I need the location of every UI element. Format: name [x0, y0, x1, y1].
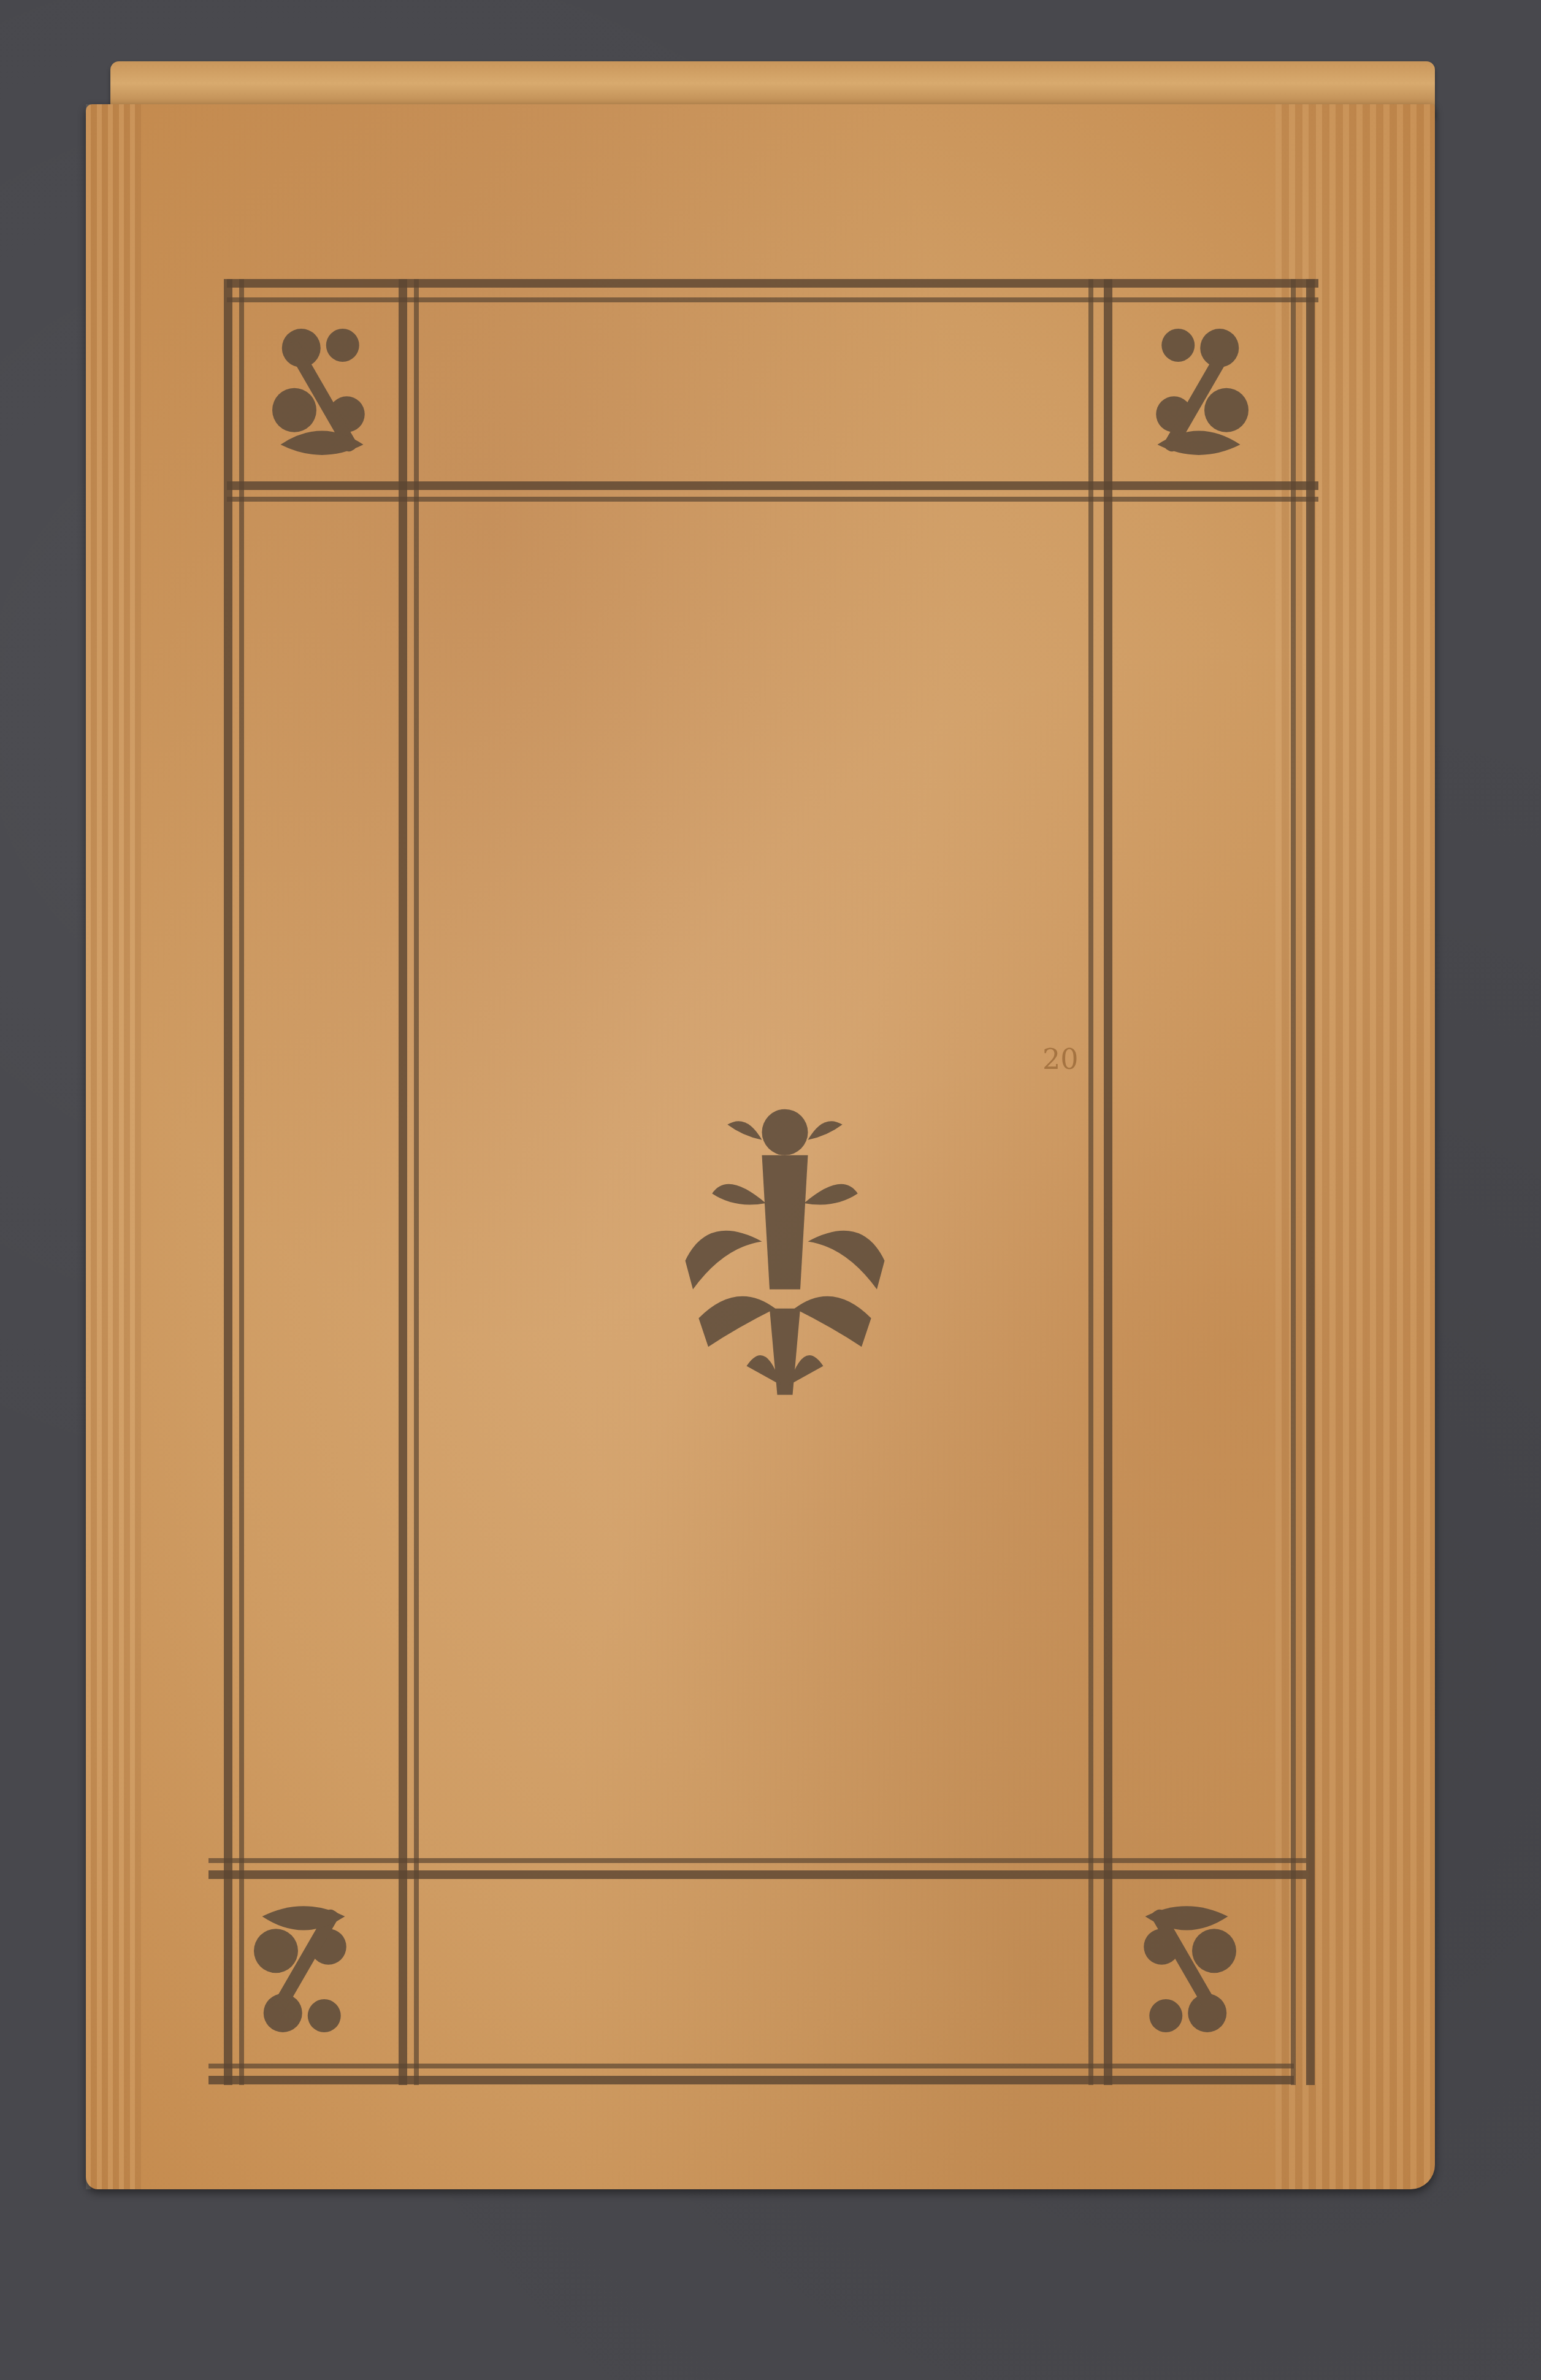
- inner-rule-bottom: [208, 1870, 1306, 1879]
- outer-frame-top-inner: [227, 297, 1318, 302]
- outer-frame-left-inner: [239, 279, 244, 2085]
- inner-rule-bottom-2: [208, 1858, 1306, 1863]
- floral-fleuron-icon: [668, 1098, 901, 1404]
- outer-frame-bottom-inner: [208, 2064, 1294, 2068]
- fleur-corner-icon: [1128, 307, 1269, 472]
- cover-left-edge: [86, 104, 141, 2189]
- fleur-corner-icon: [251, 307, 392, 472]
- outer-frame-left: [224, 279, 232, 2085]
- outer-frame-right: [1306, 279, 1315, 2085]
- outer-frame-bottom: [208, 2076, 1294, 2084]
- inner-rule-top-2: [227, 497, 1318, 502]
- outer-frame-top: [227, 279, 1318, 288]
- fleur-corner-icon: [233, 1889, 374, 2054]
- book-cover: 20: [86, 104, 1435, 2189]
- fleur-corner-icon: [1116, 1889, 1257, 2054]
- inner-rule-right: [1104, 279, 1112, 2085]
- inner-rule-right-2: [1088, 279, 1093, 2085]
- inner-rule-left: [399, 279, 407, 2085]
- faint-mark: 20: [1042, 1043, 1079, 1076]
- book: 20: [86, 61, 1441, 2189]
- inner-rule-top: [227, 481, 1318, 490]
- inner-rule-left-2: [414, 279, 419, 2085]
- outer-frame-right-inner: [1291, 279, 1296, 2085]
